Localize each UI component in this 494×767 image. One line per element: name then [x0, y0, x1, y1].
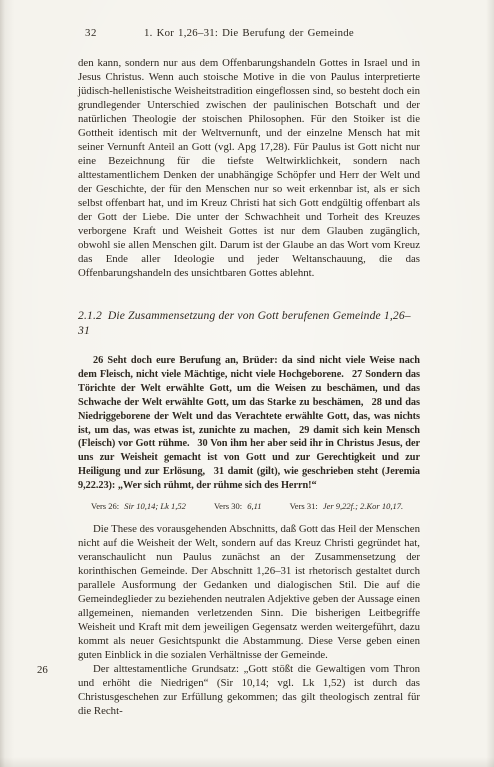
running-title: 1. Kor 1,26–31: Die Berufung der Gemeind… — [78, 26, 420, 40]
cross-reference-entry: Vers 31: Jer 9,22f.; 2.Kor 10,17. — [290, 501, 404, 511]
verse-references: Jer 9,22f.; 2.Kor 10,17. — [323, 501, 403, 511]
section-heading: 2.1.2 Die Zusammensetzung der von Gott b… — [78, 308, 420, 338]
book-page: 32 1. Kor 1,26–31: Die Berufung der Geme… — [0, 0, 494, 767]
text-block: den kann, sondern nur aus dem Offenbarun… — [78, 56, 420, 718]
bible-passage: 26 Seht doch eure Berufung an, Brüder: d… — [78, 354, 420, 493]
margin-verse-number: 26 — [37, 663, 48, 677]
cross-reference-line: Vers 26: Sir 10,14; Lk 1,52 Vers 30: 6,1… — [78, 501, 420, 512]
cross-reference-entry: Vers 30: 6,11 — [214, 501, 264, 511]
verse-label: Vers 31: — [290, 501, 318, 511]
verse-references: 6,11 — [247, 501, 261, 511]
verse-label: Vers 30: — [214, 501, 242, 511]
page-header: 32 1. Kor 1,26–31: Die Berufung der Geme… — [78, 26, 420, 40]
verse-label: Vers 26: — [91, 501, 119, 511]
verse-references: Sir 10,14; Lk 1,52 — [124, 501, 186, 511]
commentary-paragraph: 26 Der alttestamentliche Grundsatz: „Got… — [78, 662, 420, 718]
cross-reference-entry: Vers 26: Sir 10,14; Lk 1,52 — [91, 501, 188, 511]
page-number: 32 — [85, 26, 97, 40]
commentary-paragraph: Die These des vorausgehenden Abschnitts,… — [78, 522, 420, 662]
paragraph-text: Der alttestamentliche Grundsatz: „Gott s… — [78, 663, 420, 717]
paragraph-continuation: den kann, sondern nur aus dem Offenbarun… — [78, 56, 420, 280]
